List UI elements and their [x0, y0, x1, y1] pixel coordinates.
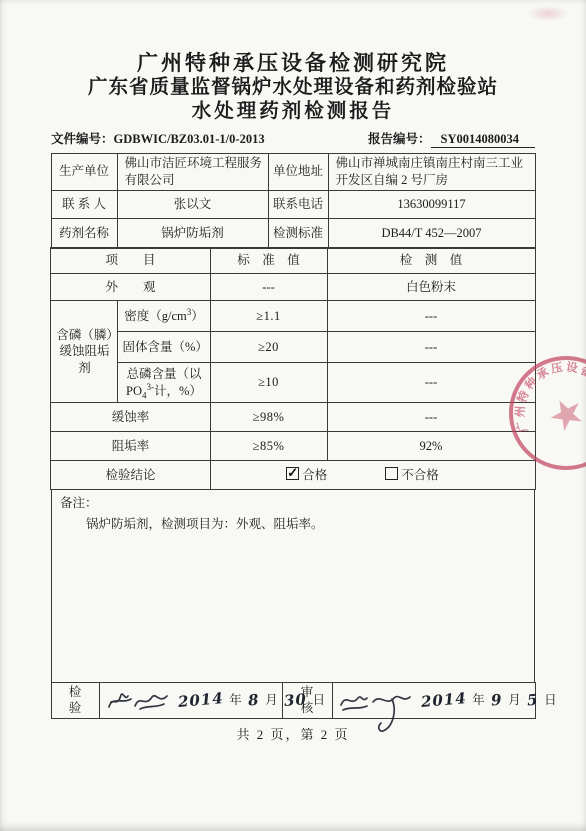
table-row: 总磷含量（以 PO43-计，%） ≥10 ---	[51, 363, 535, 403]
scan-smudge	[527, 6, 569, 21]
info-table: 生产单位 佛山市洁匠环境工程服务有限公司 单位地址 佛山市禅城南庄镇南庄村南三工…	[51, 153, 536, 249]
col-header-detected: 检 测 值	[327, 248, 535, 274]
inspect-month: 8	[247, 690, 260, 711]
phone-value: 13630099117	[328, 190, 535, 218]
page-footer: 共 2 页，第 2 页	[51, 724, 535, 743]
density-standard: ≥1.1	[210, 301, 327, 332]
table-row: 固体含量（%） ≥20 ---	[51, 332, 535, 363]
fail-checkbox-icon	[385, 467, 398, 480]
phone-label: 联系电话	[268, 190, 328, 218]
agent-label: 药剂名称	[51, 218, 117, 248]
conclusion-value: 合格 不合格	[210, 461, 535, 490]
inspect-year: 2014	[177, 688, 224, 712]
appearance-standard: ---	[210, 274, 327, 301]
remarks-note: 锅炉防垢剂，检测项目为：外观、阻垢率。	[60, 514, 526, 532]
pass-label: 合格	[302, 468, 327, 482]
group-label: 含磷（膦）缓蚀阻垢剂	[51, 301, 118, 403]
phosphorus-detected: ---	[327, 363, 535, 403]
phosphorus-standard: ≥10	[210, 363, 327, 403]
appearance-item: 外 观	[51, 274, 210, 301]
table-row: 缓蚀率 ≥98% ---	[51, 403, 535, 432]
institute-title: 广州特种承压设备检测研究院	[0, 50, 586, 76]
agent-value: 锅炉防垢剂	[117, 218, 268, 248]
inspect-signature-cell: 2014年 8月 30日	[99, 682, 282, 719]
solid-detected: ---	[327, 332, 535, 363]
col-header-standard: 标 准 值	[210, 248, 327, 274]
appearance-detected: 白色粉末	[327, 274, 535, 301]
table-row: 生产单位 佛山市洁匠环境工程服务有限公司 单位地址 佛山市禅城南庄镇南庄村南三工…	[51, 154, 535, 191]
doc-no: 文件编号：GDBWIC/BZ03.01-1/0-2013	[51, 129, 265, 147]
signature-row: 检 验 2014年 8月 30日 审 核	[51, 682, 535, 719]
table-row: 阻垢率 ≥85% 92%	[51, 432, 535, 461]
station-title: 广东省质量监督锅炉水处理设备和药剂检验站	[0, 76, 586, 100]
table-row: 联 系 人 张以文 联系电话 13630099117	[51, 190, 535, 218]
report-no: 报告编号：SY0014080034	[368, 129, 535, 147]
inspector-handwritten-signature	[104, 687, 174, 713]
signature-table: 检 验 2014年 8月 30日 审 核	[51, 682, 536, 720]
standard-label: 检测标准	[268, 218, 328, 248]
phosphorus-item: 总磷含量（以 PO43-计，%）	[118, 363, 210, 403]
inspect-label: 检 验	[51, 682, 99, 719]
standard-value: DB44/T 452—2007	[328, 218, 535, 248]
document-number-line: 文件编号：GDBWIC/BZ03.01-1/0-2013 报告编号：SY0014…	[51, 129, 535, 147]
corrosion-item: 缓蚀率	[51, 403, 210, 432]
solid-item: 固体含量（%）	[118, 332, 210, 363]
table-row: 含磷（膦）缓蚀阻垢剂 密度（g/cm3） ≥1.1 ---	[51, 301, 535, 332]
contact-label: 联 系 人	[51, 190, 117, 218]
scale-item: 阻垢率	[51, 432, 210, 461]
scale-detected: 92%	[327, 432, 535, 461]
contact-value: 张以文	[117, 190, 268, 218]
address-value: 佛山市禅城南庄镇南庄村南三工业开发区自编 2 号厂房	[328, 154, 535, 191]
reviewer-handwritten-signature	[337, 687, 417, 713]
pass-checkbox-checked-icon	[286, 467, 299, 480]
conclusion-row: 检验结论 合格 不合格	[51, 461, 535, 490]
density-detected: ---	[327, 301, 535, 332]
producer-value: 佛山市洁匠环境工程服务有限公司	[117, 154, 268, 191]
corrosion-detected: ---	[327, 403, 535, 432]
address-label: 单位地址	[268, 154, 328, 191]
producer-label: 生产单位	[51, 154, 117, 191]
remarks-section: 备注： 锅炉防垢剂，检测项目为：外观、阻垢率。	[51, 489, 535, 683]
results-table: 项 目 标 准 值 检 测 值 外 观 --- 白色粉末 含磷（膦）缓蚀阻垢剂 …	[50, 247, 535, 490]
report-no-value: SY0014080034	[431, 132, 535, 148]
col-header-item: 项 目	[51, 248, 210, 274]
table-row: 外 观 --- 白色粉末	[51, 274, 535, 301]
review-signature-cell: 2014年 9月 5日	[332, 682, 535, 719]
review-month: 9	[490, 690, 503, 711]
table-header-row: 项 目 标 准 值 检 测 值	[51, 248, 535, 274]
fail-label: 不合格	[401, 468, 439, 482]
conclusion-label: 检验结论	[51, 461, 210, 490]
corrosion-standard: ≥98%	[210, 403, 327, 432]
solid-standard: ≥20	[210, 332, 327, 363]
review-day: 5	[526, 690, 539, 711]
scale-standard: ≥85%	[210, 432, 327, 461]
doc-no-label: 文件编号：	[51, 132, 114, 146]
pass-option: 合格	[286, 467, 327, 484]
report-page: 广州特种承压设备检测研究院 广东省质量监督锅炉水处理设备和药剂检验站 水处理药剂…	[0, 0, 586, 831]
density-item: 密度（g/cm3）	[118, 301, 210, 332]
stamp-star-icon	[545, 393, 586, 434]
remarks-title: 备注：	[60, 493, 526, 511]
inspect-day: 30	[283, 689, 308, 711]
report-title: 水处理药剂检测报告	[0, 100, 586, 124]
report-header: 广州特种承压设备检测研究院 广东省质量监督锅炉水处理设备和药剂检验站 水处理药剂…	[0, 50, 586, 124]
table-row: 药剂名称 锅炉防垢剂 检测标准 DB44/T 452—2007	[51, 218, 535, 248]
doc-no-value: GDBWIC/BZ03.01-1/0-2013	[114, 132, 265, 146]
review-year: 2014	[420, 688, 467, 712]
fail-option: 不合格	[385, 467, 439, 484]
report-no-label: 报告编号：	[368, 132, 431, 146]
